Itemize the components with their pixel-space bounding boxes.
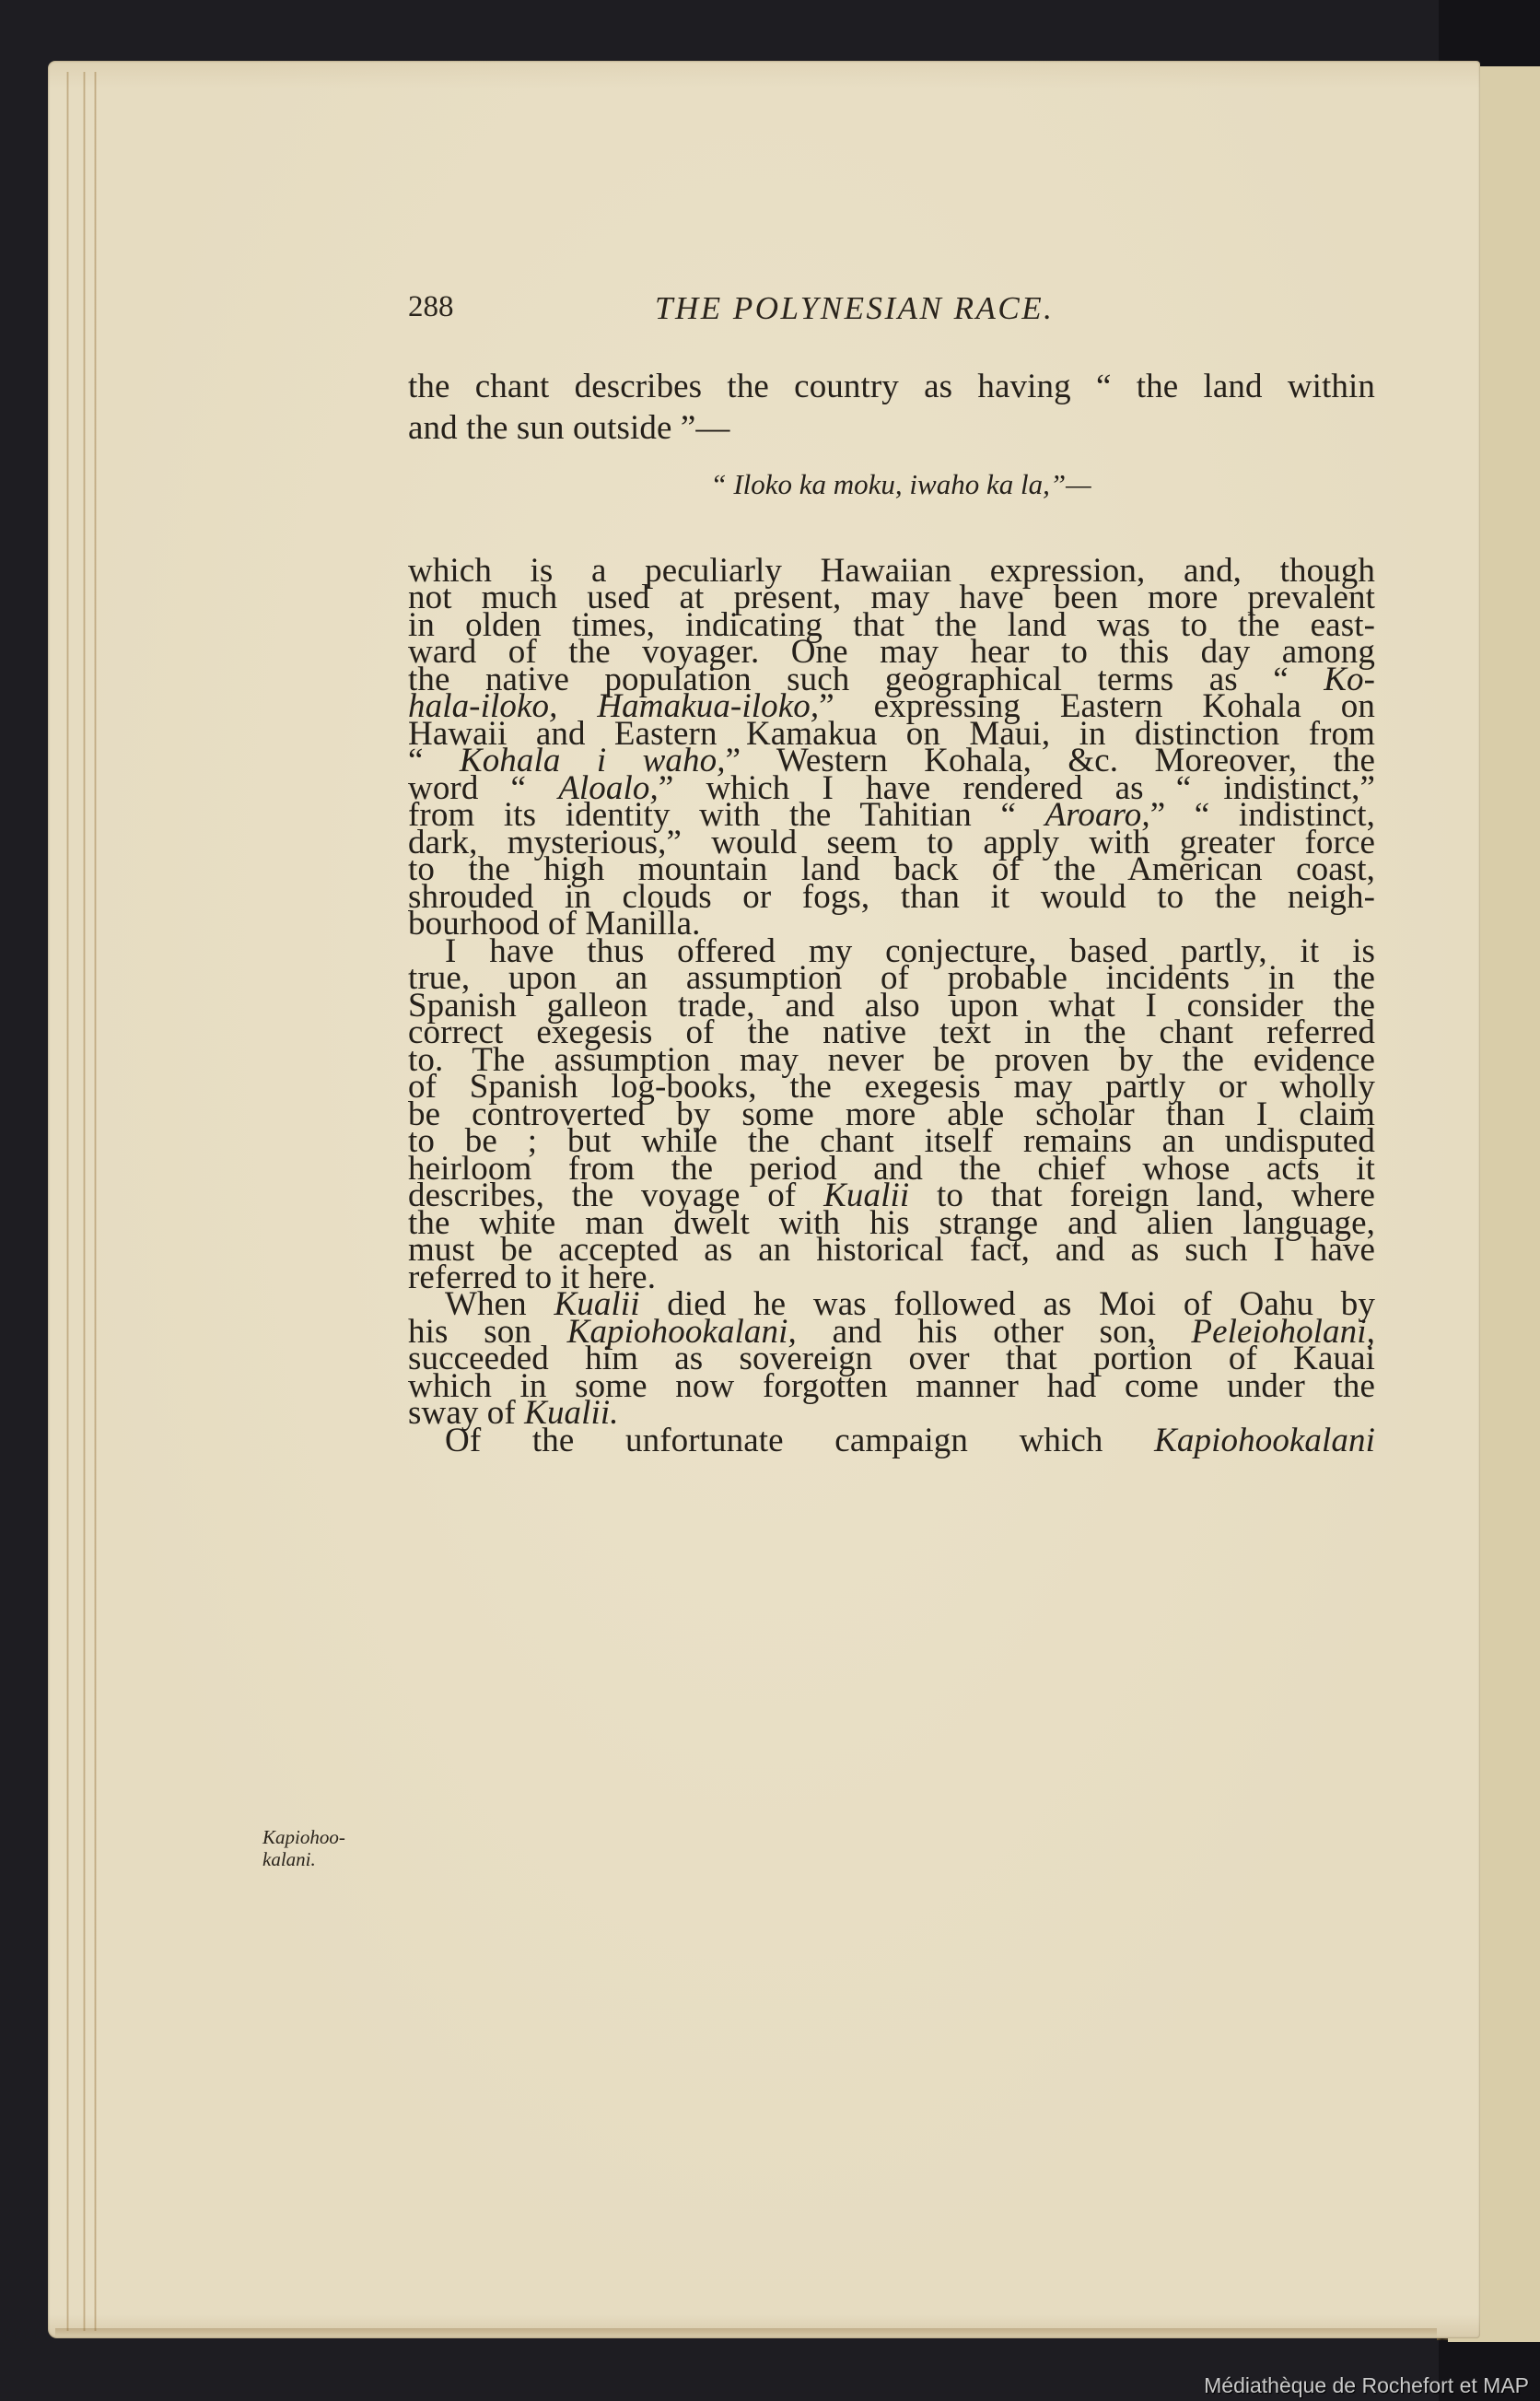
- text-run: Of the unfortunate campaign which: [445, 1422, 1154, 1459]
- running-head: 288 THE POLYNESIAN RACE.: [408, 290, 1375, 331]
- page-bottom-edge: [55, 2328, 1437, 2337]
- page-edge-stain: [83, 72, 86, 2331]
- running-title: THE POLYNESIAN RACE.: [655, 290, 1054, 327]
- text-line: the chant describes the country as havin…: [408, 369, 1375, 405]
- hawaiian-quote: “ Iloko ka moku, iwaho ka la,”—: [408, 466, 1384, 503]
- italic-term: Kapiohookalani: [1154, 1422, 1375, 1459]
- text-line: and the sun outside ”—: [408, 410, 1375, 447]
- marginal-note-line: kalani.: [262, 1848, 345, 1870]
- page-edge-stain: [94, 72, 97, 2331]
- library-watermark: Médiathèque de Rochefort et MAP: [1204, 2373, 1529, 2398]
- marginal-note-line: Kapiohoo-: [262, 1826, 345, 1848]
- text-run: the chant describes the country as havin…: [408, 368, 1375, 405]
- marginal-note: Kapiohoo- kalani.: [262, 1826, 345, 1870]
- page-edge-stain: [66, 72, 69, 2331]
- text-run: and the sun outside ”—: [408, 409, 730, 447]
- text-line: Of the unfortunate campaign which Kapioh…: [408, 1423, 1375, 1459]
- page-number: 288: [408, 290, 454, 324]
